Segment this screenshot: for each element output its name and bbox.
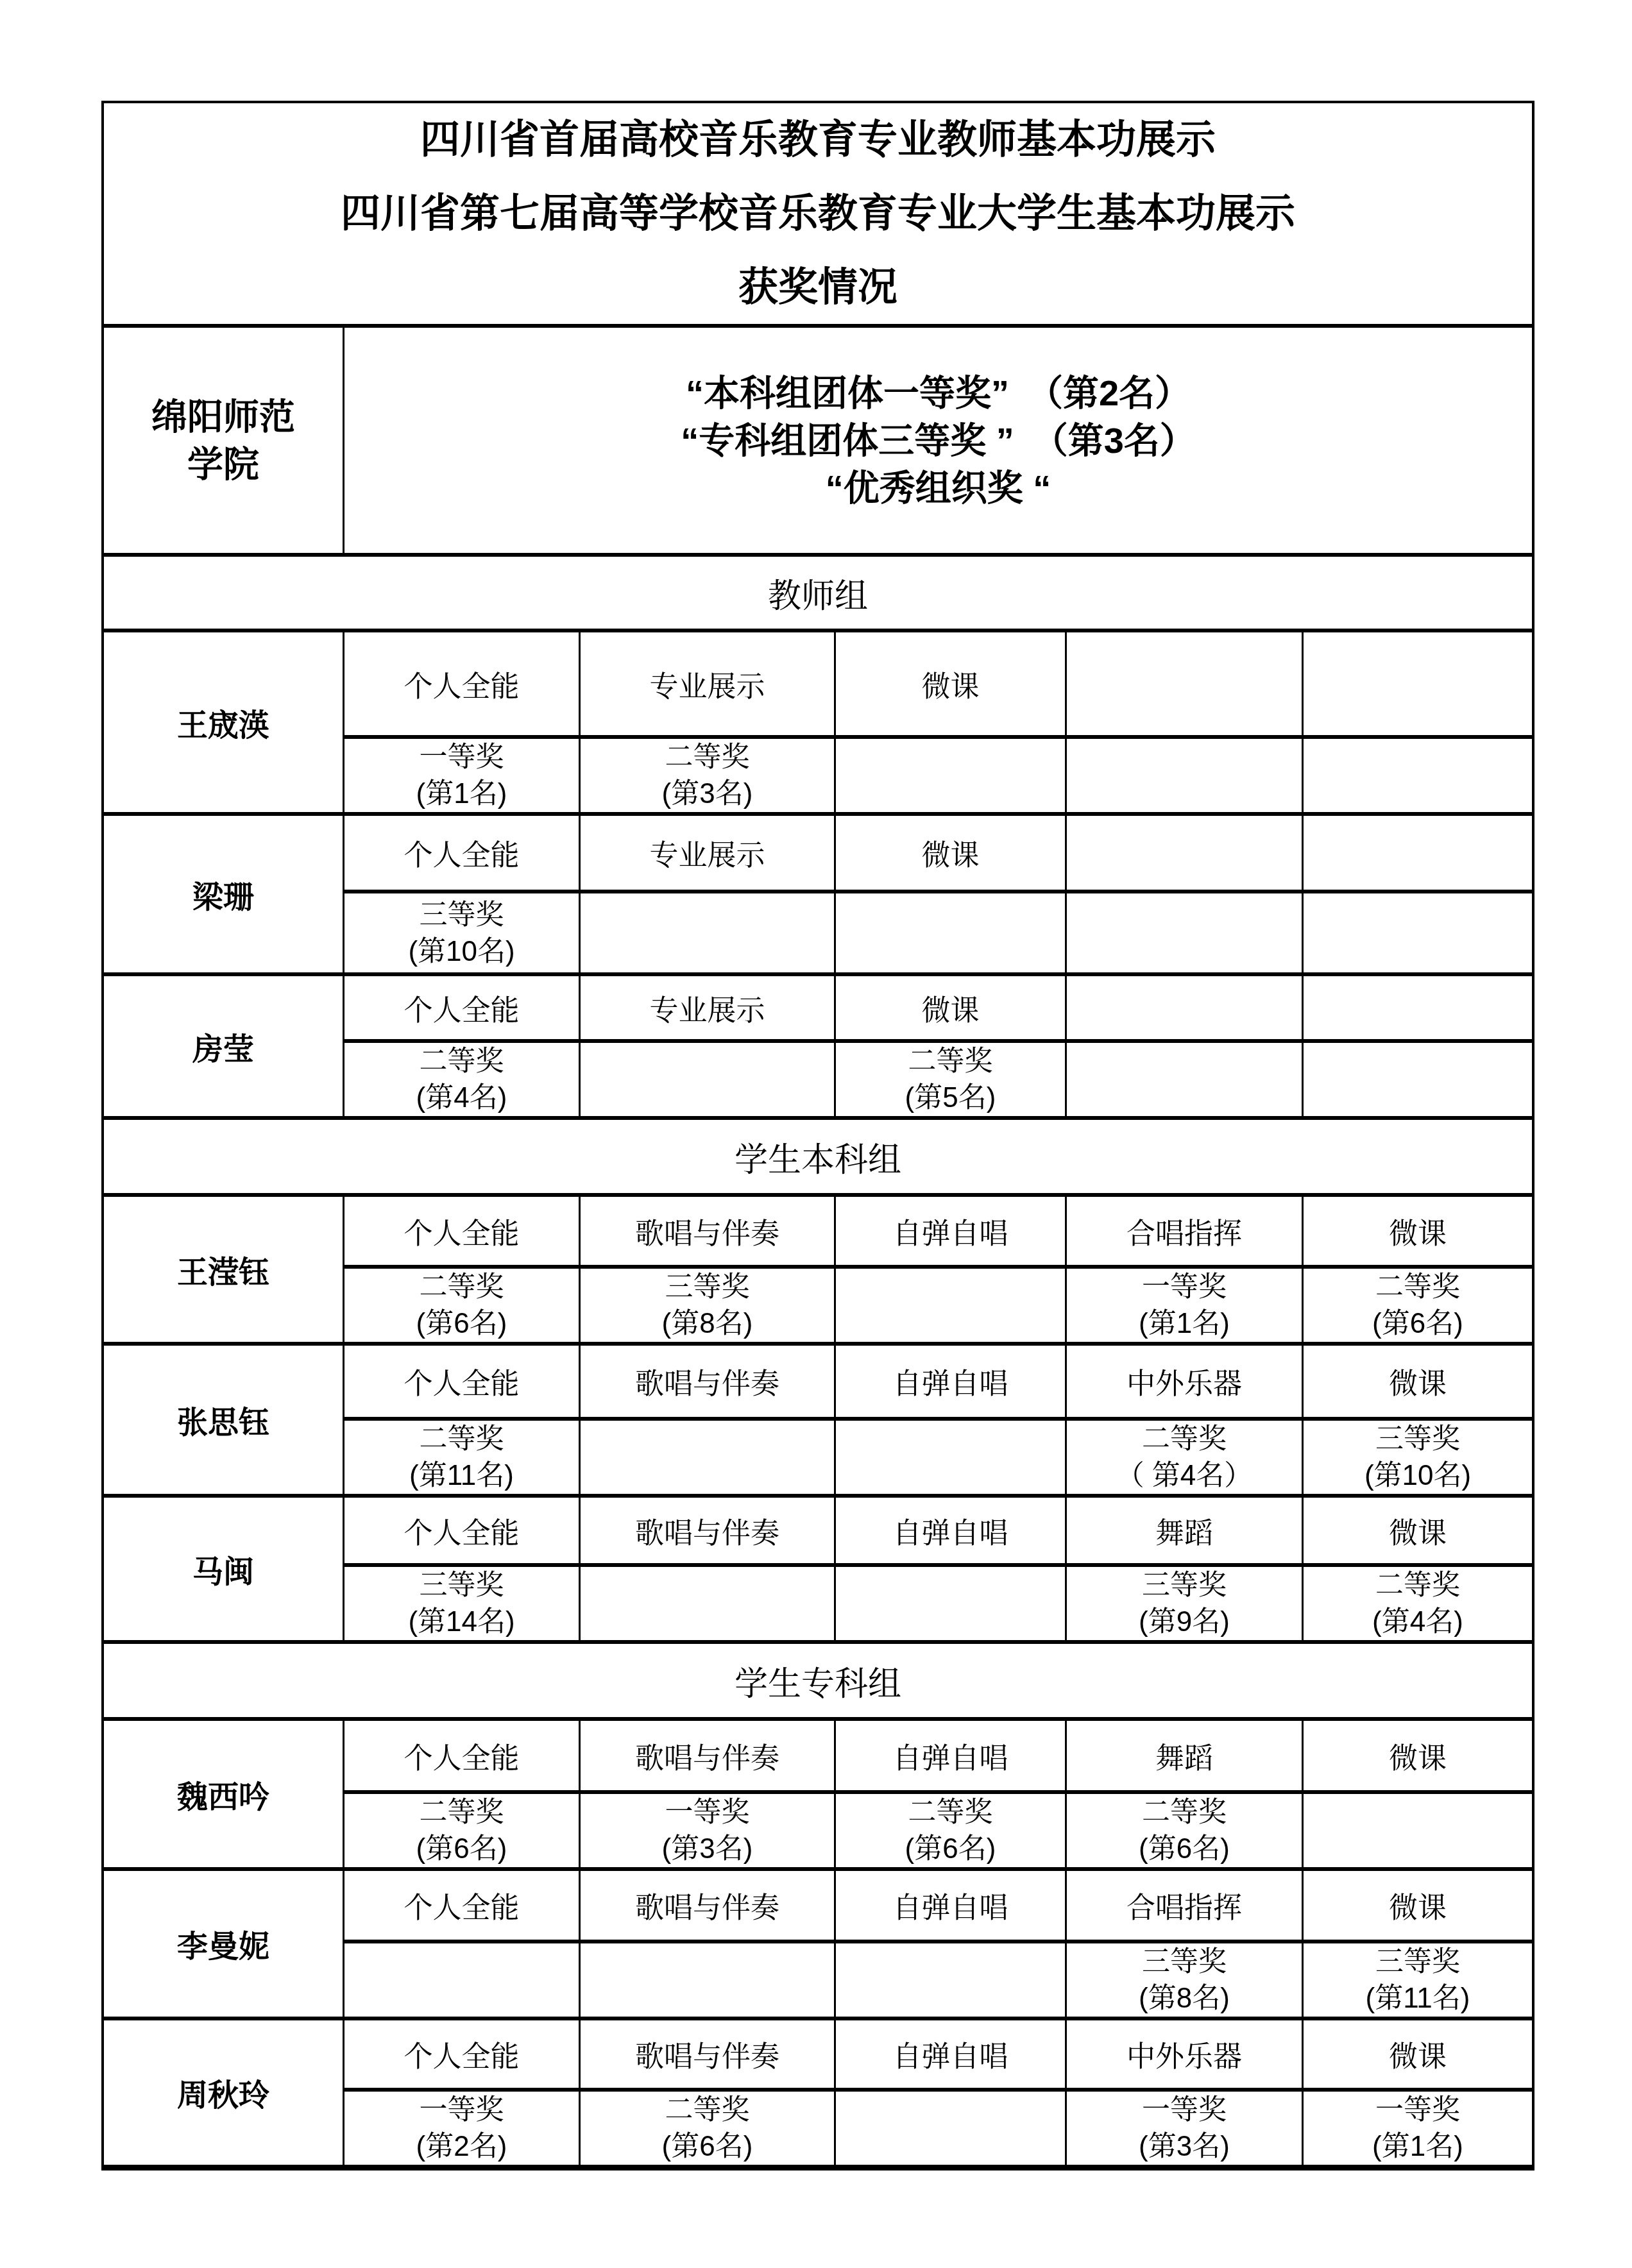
title-line-1: 四川省首届高校音乐教育专业教师基本功展示	[104, 103, 1532, 177]
event-subrow: 个人全能 歌唱与伴奏 自弹自唱 舞蹈 微课	[344, 1721, 1532, 1790]
event-cell: 个人全能	[344, 1197, 579, 1265]
school-name: 绵阳师范学院	[143, 393, 303, 488]
event-cell: 个人全能	[344, 1871, 579, 1940]
award-cell: 三等奖 (第10名)	[344, 893, 579, 972]
person-name: 房莹	[104, 976, 343, 1116]
award-cell	[1065, 1043, 1302, 1116]
award-cell	[834, 739, 1065, 812]
team-award-1: “本科组团体一等奖” （第2名）	[686, 369, 1191, 417]
event-cell: 微课	[1302, 1871, 1532, 1940]
award-cell	[579, 1043, 834, 1116]
award-subrow: 二等奖 (第6名) 一等奖 (第3名) 二等奖 (第6名) 二等奖 (第6名)	[344, 1790, 1532, 1867]
event-cell: 微课	[1302, 1721, 1532, 1790]
event-subrow: 个人全能 歌唱与伴奏 自弹自唱 中外乐器 微课	[344, 2020, 1532, 2088]
award-cell	[834, 893, 1065, 972]
awards-table: 四川省首届高校音乐教育专业教师基本功展示 四川省第七届高等学校音乐教育专业大学生…	[101, 101, 1534, 2171]
event-cell: 个人全能	[344, 2020, 579, 2088]
award-subrow: 一等奖 (第1名) 二等奖 (第3名)	[344, 735, 1532, 812]
award-cell: 二等奖 (第6名)	[344, 1794, 579, 1867]
award-cell: 三等奖 (第10名)	[1302, 1421, 1532, 1494]
event-subrow: 个人全能 歌唱与伴奏 自弹自唱 舞蹈 微课	[344, 1498, 1532, 1563]
award-subrow: 一等奖 (第2名) 二等奖 (第6名) 一等奖 (第3名) 一等奖 (第1名)	[344, 2088, 1532, 2165]
award-cell	[1065, 739, 1302, 812]
award-cell: 二等奖 (第4名)	[344, 1043, 579, 1116]
award-cell: 一等奖 (第1名)	[344, 739, 579, 812]
event-cell: 个人全能	[344, 816, 579, 890]
event-cell: 微课	[1302, 2020, 1532, 2088]
school-name-cell: 绵阳师范学院	[104, 328, 343, 553]
award-subrow: 二等奖 (第4名) 二等奖 (第5名)	[344, 1039, 1532, 1116]
award-cell: 三等奖 (第8名)	[1065, 1943, 1302, 2017]
person-name: 王滢钰	[104, 1197, 343, 1342]
person-row: 房莹 个人全能 专业展示 微课 二等奖 (第4名) 二等奖 (第5名)	[104, 972, 1532, 1116]
award-cell: 二等奖 (第4名)	[1302, 1567, 1532, 1640]
person-name: 马闽	[104, 1498, 343, 1640]
award-cell	[1302, 739, 1532, 812]
document-page: 四川省首届高校音乐教育专业教师基本功展示 四川省第七届高等学校音乐教育专业大学生…	[0, 0, 1632, 2268]
section-header-label: 学生专科组	[735, 1657, 901, 1705]
award-cell: 二等奖 (第6名)	[344, 1269, 579, 1342]
event-cell: 舞蹈	[1065, 1721, 1302, 1790]
event-cell: 歌唱与伴奏	[579, 1346, 834, 1417]
table-title-cell: 四川省首届高校音乐教育专业教师基本功展示 四川省第七届高等学校音乐教育专业大学生…	[104, 103, 1532, 324]
award-subrow: 二等奖 (第6名) 三等奖 (第8名) 一等奖 (第1名) 二等奖 (第6名)	[344, 1265, 1532, 1342]
event-cell: 个人全能	[344, 632, 579, 735]
event-cell: 个人全能	[344, 1498, 579, 1563]
team-award-3: “优秀组织奖 “	[826, 464, 1051, 512]
award-cell	[834, 1567, 1065, 1640]
award-cell	[834, 2092, 1065, 2165]
event-subrow: 个人全能 歌唱与伴奏 自弹自唱 中外乐器 微课	[344, 1346, 1532, 1417]
event-cell: 合唱指挥	[1065, 1197, 1302, 1265]
event-cell: 微课	[1302, 1498, 1532, 1563]
event-subrow: 个人全能 歌唱与伴奏 自弹自唱 合唱指挥 微课	[344, 1871, 1532, 1940]
section-header-label: 教师组	[768, 569, 868, 617]
event-cell: 歌唱与伴奏	[579, 1721, 834, 1790]
section-header-teachers: 教师组	[104, 553, 1532, 629]
event-cell: 自弹自唱	[834, 1871, 1065, 1940]
event-cell	[1302, 632, 1532, 735]
award-cell: 三等奖 (第14名)	[344, 1567, 579, 1640]
award-subrow: 三等奖 (第10名)	[344, 890, 1532, 972]
person-row: 马闽 个人全能 歌唱与伴奏 自弹自唱 舞蹈 微课 三等奖 (第14名) 三等奖 …	[104, 1494, 1532, 1640]
person-row: 周秋玲 个人全能 歌唱与伴奏 自弹自唱 中外乐器 微课 一等奖 (第2名) 二等…	[104, 2017, 1532, 2165]
award-cell	[834, 1943, 1065, 2017]
award-cell: 一等奖 (第3名)	[1065, 2092, 1302, 2165]
person-name: 李曼妮	[104, 1871, 343, 2017]
person-row: 王滢钰 个人全能 歌唱与伴奏 自弹自唱 合唱指挥 微课 二等奖 (第6名) 三等…	[104, 1193, 1532, 1342]
award-cell: 二等奖 (第11名)	[344, 1421, 579, 1494]
event-cell: 微课	[834, 816, 1065, 890]
award-cell	[579, 1421, 834, 1494]
award-cell: 一等奖 (第3名)	[579, 1794, 834, 1867]
event-cell: 专业展示	[579, 976, 834, 1039]
award-cell: 二等奖 (第6名)	[1302, 1269, 1532, 1342]
event-cell: 微课	[1302, 1346, 1532, 1417]
event-cell: 歌唱与伴奏	[579, 2020, 834, 2088]
event-subrow: 个人全能 专业展示 微课	[344, 632, 1532, 735]
team-award-2: “专科组团体三等奖 ” （第3名）	[681, 417, 1196, 464]
award-cell: 三等奖 (第8名)	[579, 1269, 834, 1342]
person-row: 王宬渶 个人全能 专业展示 微课 一等奖 (第1名) 二等奖 (第3名)	[104, 629, 1532, 812]
award-cell	[1302, 1043, 1532, 1116]
award-cell: 二等奖 (第3名)	[579, 739, 834, 812]
award-cell	[579, 1567, 834, 1640]
school-row: 绵阳师范学院 “本科组团体一等奖” （第2名） “专科组团体三等奖 ” （第3名…	[104, 324, 1532, 553]
event-cell	[1065, 632, 1302, 735]
event-cell: 自弹自唱	[834, 1498, 1065, 1563]
award-subrow: 三等奖 (第14名) 三等奖 (第9名) 二等奖 (第4名)	[344, 1563, 1532, 1640]
section-header-undergrad: 学生本科组	[104, 1116, 1532, 1193]
section-header-college: 学生专科组	[104, 1640, 1532, 1717]
award-cell	[1302, 1794, 1532, 1867]
event-subrow: 个人全能 专业展示 微课	[344, 976, 1532, 1039]
event-cell: 中外乐器	[1065, 1346, 1302, 1417]
award-cell: 二等奖 (第6名)	[834, 1794, 1065, 1867]
person-name: 梁珊	[104, 816, 343, 972]
event-cell: 个人全能	[344, 976, 579, 1039]
award-cell	[834, 1269, 1065, 1342]
award-cell	[579, 1943, 834, 2017]
event-subrow: 个人全能 专业展示 微课	[344, 816, 1532, 890]
event-cell	[1302, 976, 1532, 1039]
event-cell: 个人全能	[344, 1346, 579, 1417]
event-cell: 歌唱与伴奏	[579, 1498, 834, 1563]
event-subrow: 个人全能 歌唱与伴奏 自弹自唱 合唱指挥 微课	[344, 1197, 1532, 1265]
event-cell: 中外乐器	[1065, 2020, 1302, 2088]
award-cell	[1065, 893, 1302, 972]
title-line-2: 四川省第七届高等学校音乐教育专业大学生基本功展示	[104, 177, 1532, 251]
award-cell	[579, 893, 834, 972]
award-subrow: 二等奖 (第11名) 二等奖 （ 第4名） 三等奖 (第10名)	[344, 1417, 1532, 1494]
person-name: 张思钰	[104, 1346, 343, 1494]
award-cell: 二等奖 （ 第4名）	[1065, 1421, 1302, 1494]
event-cell: 自弹自唱	[834, 1197, 1065, 1265]
event-cell: 专业展示	[579, 632, 834, 735]
award-subrow: 三等奖 (第8名) 三等奖 (第11名)	[344, 1940, 1532, 2017]
event-cell	[1065, 816, 1302, 890]
person-row: 张思钰 个人全能 歌唱与伴奏 自弹自唱 中外乐器 微课 二等奖 (第11名) 二…	[104, 1342, 1532, 1494]
award-cell: 二等奖 (第6名)	[1065, 1794, 1302, 1867]
award-cell	[1302, 893, 1532, 972]
award-cell: 三等奖 (第9名)	[1065, 1567, 1302, 1640]
event-cell: 自弹自唱	[834, 1721, 1065, 1790]
title-line-3: 获奖情况	[104, 251, 1532, 325]
award-cell: 二等奖 (第6名)	[579, 2092, 834, 2165]
event-cell: 自弹自唱	[834, 1346, 1065, 1417]
event-cell: 自弹自唱	[834, 2020, 1065, 2088]
event-cell	[1065, 976, 1302, 1039]
event-cell: 微课	[834, 976, 1065, 1039]
person-name: 周秋玲	[104, 2020, 343, 2165]
event-cell: 微课	[834, 632, 1065, 735]
award-cell	[834, 1421, 1065, 1494]
award-cell: 一等奖 (第2名)	[344, 2092, 579, 2165]
person-row: 魏西吟 个人全能 歌唱与伴奏 自弹自唱 舞蹈 微课 二等奖 (第6名) 一等奖 …	[104, 1717, 1532, 1867]
person-name: 王宬渶	[104, 632, 343, 812]
event-cell: 歌唱与伴奏	[579, 1197, 834, 1265]
award-cell	[344, 1943, 579, 2017]
award-cell: 二等奖 (第5名)	[834, 1043, 1065, 1116]
event-cell: 个人全能	[344, 1721, 579, 1790]
award-cell: 一等奖 (第1名)	[1065, 1269, 1302, 1342]
event-cell: 舞蹈	[1065, 1498, 1302, 1563]
event-cell: 专业展示	[579, 816, 834, 890]
event-cell: 合唱指挥	[1065, 1871, 1302, 1940]
event-cell	[1302, 816, 1532, 890]
person-row: 梁珊 个人全能 专业展示 微课 三等奖 (第10名)	[104, 812, 1532, 972]
award-cell: 三等奖 (第11名)	[1302, 1943, 1532, 2017]
person-row: 李曼妮 个人全能 歌唱与伴奏 自弹自唱 合唱指挥 微课 三等奖 (第8名) 三等…	[104, 1867, 1532, 2017]
person-name: 魏西吟	[104, 1721, 343, 1867]
section-header-label: 学生本科组	[735, 1133, 901, 1181]
school-awards-cell: “本科组团体一等奖” （第2名） “专科组团体三等奖 ” （第3名） “优秀组织…	[343, 328, 1532, 553]
award-cell: 一等奖 (第1名)	[1302, 2092, 1532, 2165]
event-cell: 歌唱与伴奏	[579, 1871, 834, 1940]
event-cell: 微课	[1302, 1197, 1532, 1265]
